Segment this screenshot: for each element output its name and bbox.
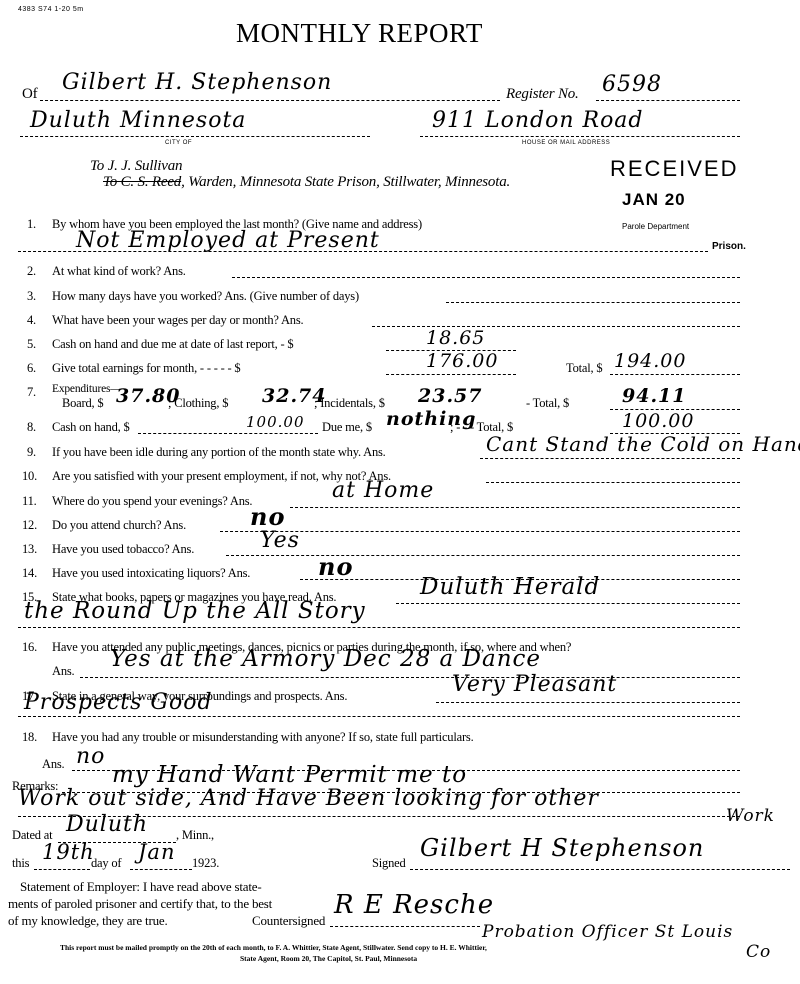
day-of-label: day of (91, 856, 121, 871)
q8-number: 8. (27, 420, 36, 435)
q15-answer: Duluth Herald (420, 574, 600, 600)
q16-answer: Yes at the Armory Dec 28 a Dance (110, 646, 541, 672)
q9-number: 9. (27, 445, 36, 460)
q11-answer: at Home (332, 478, 434, 503)
q18-ans-label: Ans. (42, 757, 64, 772)
q13-text: Have you used tobacco? Ans. (52, 542, 194, 557)
dated-month: Jan (138, 840, 175, 864)
prison-stamp: Prison. (712, 241, 746, 252)
q1-answer: Not Employed at Present (76, 228, 380, 253)
warden-line: To C. S. Reed, Warden, Minnesota State P… (103, 174, 510, 191)
this-label: this (12, 856, 29, 871)
remarks-line1: my Hand Want Permit me to (112, 762, 467, 788)
q13-number: 13. (22, 542, 37, 557)
q18-text: Have you had any trouble or misunderstan… (52, 730, 474, 745)
countersigner-title-line2: Co (746, 942, 771, 962)
employer-statement-line2: ments of paroled prisoner and certify th… (8, 896, 272, 912)
q8-total: 100.00 (622, 410, 694, 432)
q8-cash-on-hand: 100.00 (246, 413, 305, 431)
q5-text: Cash on hand and due me at date of last … (52, 337, 293, 352)
q11-number: 11. (22, 494, 37, 509)
register-number: 6598 (602, 72, 662, 97)
q8-due-label: Due me, $ (322, 420, 372, 435)
q6-total-label: Total, $ (566, 361, 602, 376)
q14-answer: no (318, 552, 353, 581)
city-caption: CITY OF (165, 140, 192, 146)
dated-year: 1923. (192, 856, 219, 871)
address-value: 911 London Road (432, 108, 644, 133)
q1-number: 1. (27, 217, 36, 232)
q6-total: 194.00 (614, 350, 686, 372)
q11-text: Where do you spend your evenings? Ans. (52, 494, 252, 509)
q16-number: 16. (22, 640, 37, 655)
q7-incidentals-label: ; Incidentals, $ (314, 396, 385, 411)
q9-answer: Cant Stand the Cold on Hand (486, 432, 800, 456)
q6-earnings: 176.00 (426, 350, 498, 372)
struck-name: To C. S. Reed (103, 174, 181, 190)
q6-number: 6. (27, 361, 36, 376)
q12-answer: no (250, 502, 285, 531)
page-title: MONTHLY REPORT (236, 18, 483, 49)
q10-number: 10. (22, 469, 37, 484)
q12-number: 12. (22, 518, 37, 533)
q18-number: 18. (22, 730, 37, 745)
remarks-line2: Work out side, And Have Been looking for… (18, 786, 599, 811)
remarks-line3: Work (726, 806, 775, 826)
q14-number: 14. (22, 566, 37, 581)
of-label: Of (22, 86, 37, 103)
received-date: JAN 20 (622, 190, 686, 210)
q9-text: If you have been idle during any portion… (52, 445, 386, 460)
q7-number: 7. (27, 385, 36, 400)
q17-answer-line2: Prospects Good (24, 690, 213, 715)
q7-text: Expenditures— (52, 383, 122, 395)
city-value: Duluth Minnesota (30, 108, 246, 133)
q13-answer: Yes (260, 528, 300, 553)
q7-incidentals: 23.57 (418, 385, 483, 407)
register-label: Register No. (506, 86, 579, 103)
parolee-signature: Gilbert H Stephenson (420, 834, 704, 862)
q5-number: 5. (27, 337, 36, 352)
q7-board-label: Board, $ (62, 396, 103, 411)
q16-ans-label: Ans. (52, 664, 74, 679)
form-code: 4383 S74 1-20 5m (18, 6, 84, 13)
q3-number: 3. (27, 289, 36, 304)
dated-place: Duluth (66, 812, 148, 837)
signed-label: Signed (372, 856, 406, 871)
q6-text: Give total earnings for month, - - - - -… (52, 361, 240, 376)
q18-answer: no (76, 744, 105, 769)
to-line: To J. J. Sullivan (90, 158, 182, 175)
q4-text: What have been your wages per day or mon… (52, 313, 303, 328)
dated-day: 19th (42, 840, 95, 864)
dated-state: , Minn., (176, 828, 214, 843)
footer-address: State Agent, Room 20, The Capitol, St. P… (240, 954, 417, 963)
q4-number: 4. (27, 313, 36, 328)
q3-text: How many days have you worked? Ans. (Giv… (52, 289, 359, 304)
countersigner-signature: R E Resche (334, 890, 494, 920)
q2-text: At what kind of work? Ans. (52, 264, 186, 279)
q5-cash-last-report: 18.65 (426, 327, 485, 349)
employer-statement-line1: Statement of Employer: I have read above… (20, 879, 261, 895)
q8-text: Cash on hand, $ (52, 420, 130, 435)
countersigner-title: Probation Officer St Louis (482, 922, 733, 942)
q7-clothing-label: ; Clothing, $ (168, 396, 228, 411)
address-caption: HOUSE OR MAIL ADDRESS (522, 140, 610, 146)
q15-answer-line2: the Round Up the All Story (24, 598, 366, 624)
parole-dept-stamp: Parole Department (622, 222, 689, 231)
q7-total: 94.11 (622, 385, 687, 407)
q7-total-label: - Total, $ (526, 396, 569, 411)
countersigned-label: Countersigned (252, 913, 325, 929)
employer-statement-line3: of my knowledge, they are true. (8, 913, 168, 929)
received-stamp: RECEIVED (610, 156, 738, 182)
q2-number: 2. (27, 264, 36, 279)
q14-text: Have you used intoxicating liquors? Ans. (52, 566, 250, 581)
q12-text: Do you attend church? Ans. (52, 518, 186, 533)
q17-answer: Very Pleasant (452, 672, 617, 697)
parolee-name: Gilbert H. Stephenson (62, 70, 332, 95)
footer-mailing-instructions: This report must be mailed promptly on t… (60, 943, 487, 952)
